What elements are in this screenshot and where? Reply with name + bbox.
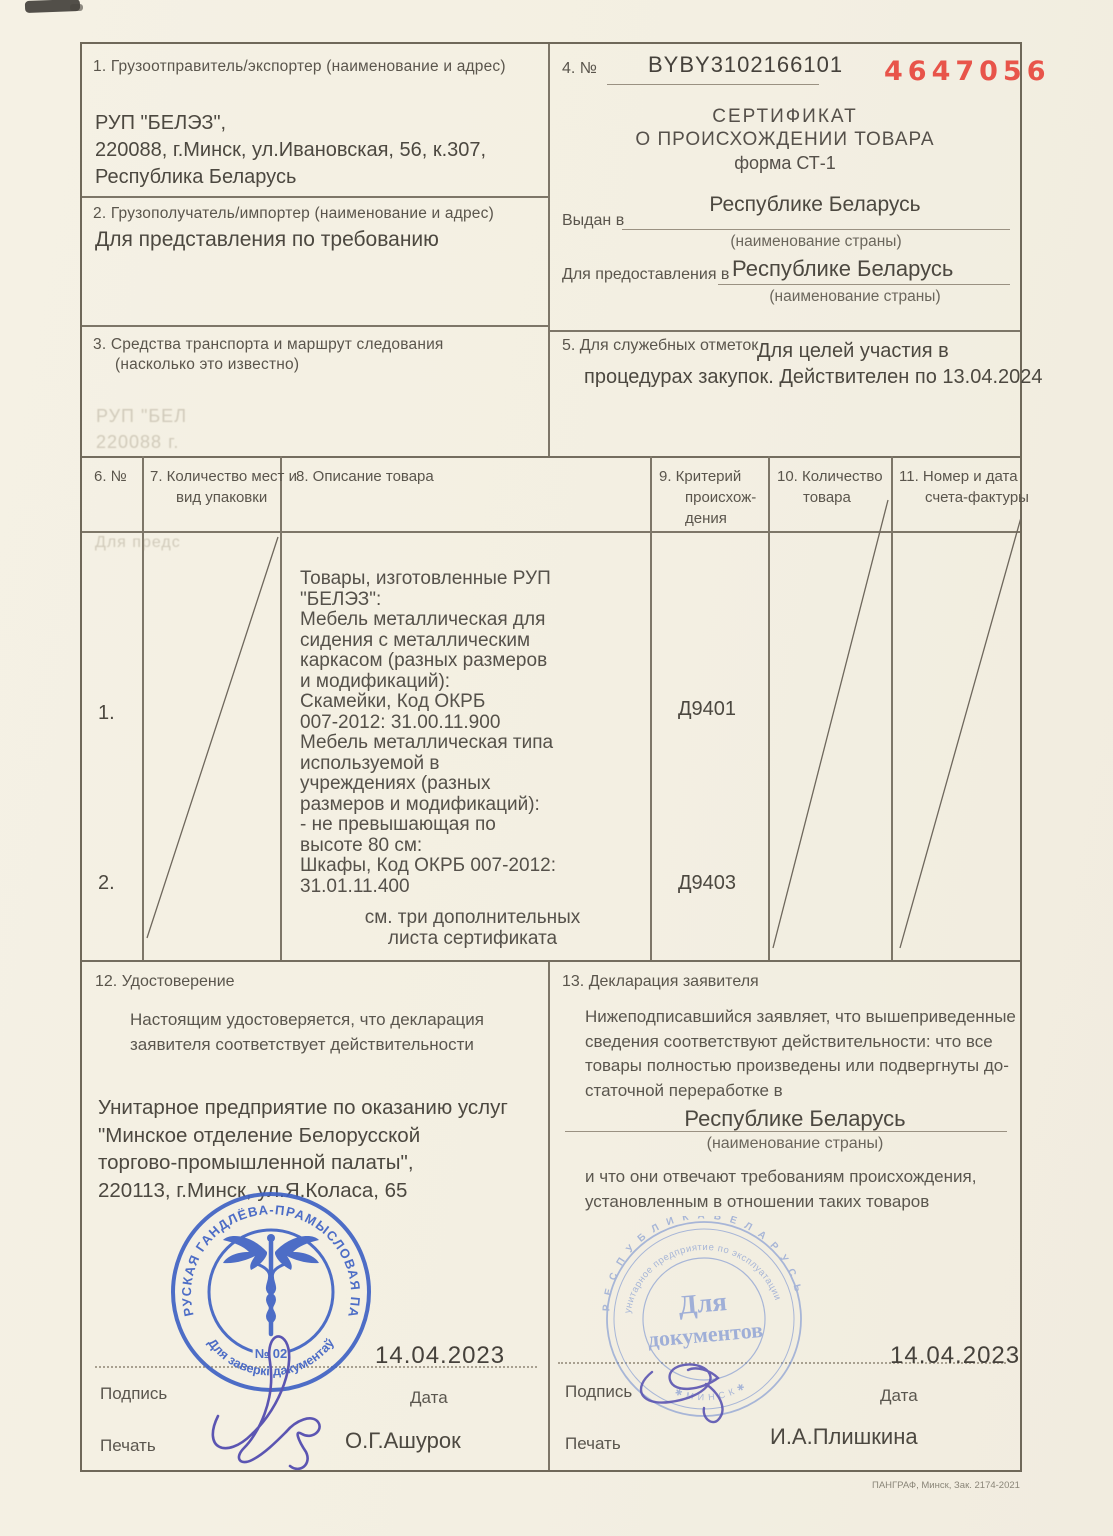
certificate-title-line1: СЕРТИФИКАТ xyxy=(548,106,1022,128)
certification-paragraph: Настоящим удостоверяется, что декларация… xyxy=(130,1008,484,1057)
box12-label: 12. Удостоверение xyxy=(95,973,235,991)
presented-in-value: Республике Беларусь xyxy=(732,256,953,282)
stamp-center-line1: Для xyxy=(677,1286,728,1320)
issued-in-line xyxy=(622,229,1010,230)
divider xyxy=(82,196,548,198)
printer-imprint: ПАНГРАФ, Минск, Зак. 2174-2021 xyxy=(872,1480,1020,1491)
declaration-date: 14.04.2023 xyxy=(890,1342,1020,1370)
scan-artifact xyxy=(70,4,83,11)
presented-in-line xyxy=(718,284,1010,285)
box2-importer-value: Для представления по требованию xyxy=(95,228,439,252)
box2-label: 2. Грузополучатель/импортер (наименовани… xyxy=(93,205,494,223)
declarant-signature xyxy=(618,1320,768,1430)
issued-in-label: Выдан в xyxy=(562,212,624,230)
box5-note-line1: Для целей участия в xyxy=(757,340,949,363)
certificate-form-label: форма СТ-1 xyxy=(548,153,1022,174)
bleed-through-text: 220088 г. xyxy=(96,432,179,453)
date-label: Дата xyxy=(410,1386,448,1411)
declarant-name: И.А.Плишкина xyxy=(770,1424,918,1450)
country-hint: (наименование страны) xyxy=(622,233,1010,251)
box1-label: 1. Грузоотправитель/экспортер (наименова… xyxy=(93,58,506,76)
presented-in-label: Для предоставления в xyxy=(562,266,729,284)
certificate-number: BYBY3102166101 xyxy=(648,52,843,78)
box4-number-label: 4. № xyxy=(562,60,597,78)
number-underline xyxy=(607,84,819,85)
box1-exporter-value: РУП "БЕЛЭЗ", 220088, г.Минск, ул.Ивановс… xyxy=(95,110,486,191)
certification-date: 14.04.2023 xyxy=(375,1342,505,1370)
box3-label-line1: 3. Средства транспорта и маршрут следова… xyxy=(93,336,444,354)
country-line xyxy=(565,1131,1007,1132)
box5-label: 5. Для служебных отметок xyxy=(562,337,758,355)
country-hint: (наименование страны) xyxy=(585,1135,1005,1153)
seal-label: Печать xyxy=(565,1432,621,1457)
table-diagonal-lines xyxy=(80,456,1022,960)
box3-label-line2: (насколько это известно) xyxy=(115,356,299,374)
signature-label: Подпись xyxy=(100,1382,167,1407)
divider xyxy=(548,960,550,1470)
certifier-signature xyxy=(200,1316,370,1476)
red-serial-number: 4647056 xyxy=(884,56,1051,87)
certificate-title-line2: О ПРОИСХОЖДЕНИИ ТОВАРА xyxy=(548,129,1022,151)
issued-in-value: Республике Беларусь xyxy=(620,193,1010,217)
box13-label: 13. Декларация заявителя xyxy=(562,973,759,991)
table-bottom-border xyxy=(82,960,1020,962)
certificate-scan-page: 1. Грузоотправитель/экспортер (наименова… xyxy=(0,0,1113,1536)
declaration-paragraph: Нижеподписавшийся заявляет, что вышеприв… xyxy=(585,1005,1016,1103)
divider xyxy=(82,325,548,327)
date-label: Дата xyxy=(880,1384,918,1409)
country-hint: (наименование страны) xyxy=(700,288,1010,306)
box5-note-line2: процедурах закупок. Действителен по 13.0… xyxy=(584,366,1043,389)
divider xyxy=(548,330,1020,332)
declaration-paragraph2: и что они отвечают требованиям происхожд… xyxy=(585,1165,976,1214)
declaration-country: Республике Беларусь xyxy=(585,1106,1005,1132)
seal-label: Печать xyxy=(100,1434,156,1459)
bleed-through-text: РУП "БЕЛ xyxy=(96,406,187,427)
